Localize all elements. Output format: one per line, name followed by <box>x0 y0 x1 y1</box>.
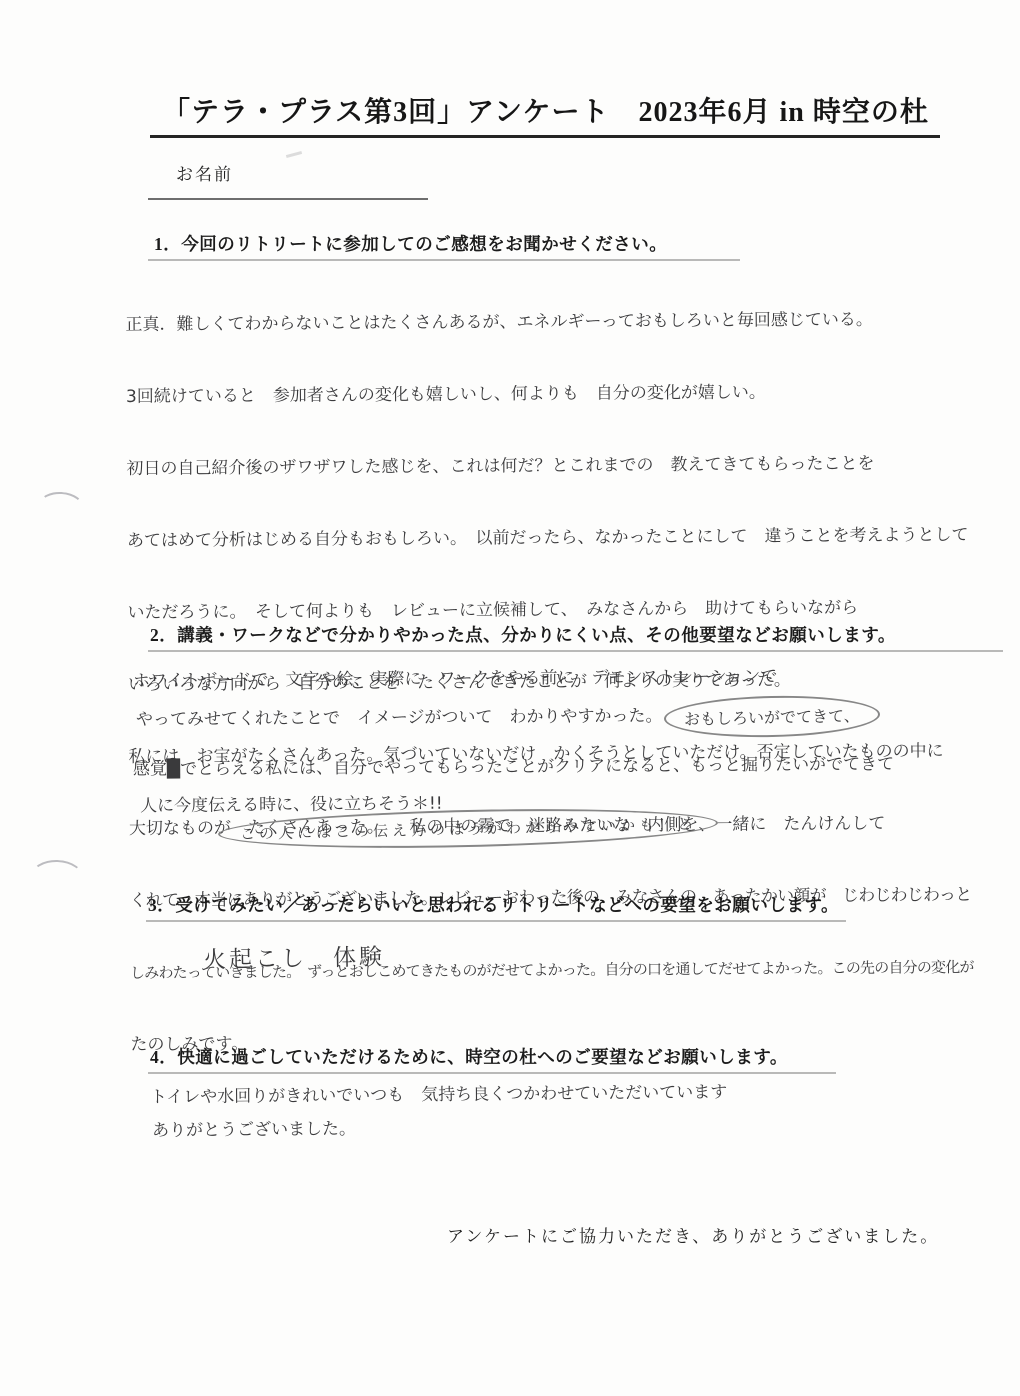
answer-line: ホワイトボードで 文字や絵、実際に ワークをやる前に デモンストレーションで <box>133 662 777 691</box>
name-field-label: お名前 <box>176 160 233 185</box>
answer-line: 感覚█でとらえる私には、自分でやってもらったことがクリアになると、もっと掘りたい… <box>133 749 894 779</box>
question-3-label: 3．受けてみたい／あったらいいと思われるリトリートなどへの要望をお願いします。 <box>148 892 839 917</box>
closing-thanks-text: アンケートにご協力いただき、ありがとうございました。 <box>447 1222 939 1247</box>
question-3-underline <box>146 920 846 922</box>
scan-smudge <box>286 151 302 158</box>
question-1-underline <box>148 259 740 261</box>
answer-line: ありがとうございました。 <box>152 1114 356 1141</box>
question-3-answer: 火起こし 体験 <box>203 938 386 974</box>
questionnaire-page: 「テラ・プラス第3回」アンケート 2023年6月 in 時空の杜 お名前 1．今… <box>0 0 1020 1396</box>
answer-line: あてはめて分析はじめる自分もおもしろい。 以前だったら、なかったことにして 違う… <box>127 519 971 557</box>
title-underline <box>150 135 940 138</box>
answer-line: 初日の自己紹介後のザワザワした感じを、これは何だ？とこれまでの 教えてきてもらっ… <box>126 447 970 485</box>
question-2-label: 2．講義・ワークなどで分かりやかった点、分かりにくい点、その他要望などお願いしま… <box>150 622 896 647</box>
punch-hole-mark <box>29 859 84 897</box>
question-1-label: 1．今回のリトリートに参加してのご感想をお聞かせください。 <box>154 231 667 256</box>
answer-line: トイレや水回りがきれいでいつも 気持ち良くつかわせていただいています <box>150 1077 727 1107</box>
form-title: 「テラ・プラス第3回」アンケート 2023年6月 in 時空の杜 <box>162 90 929 130</box>
punch-hole-mark <box>37 490 85 523</box>
answer-line: 正真．難しくてわからないことはたくさんあるが、エネルギーっておもしろいと毎回感じ… <box>125 303 969 341</box>
question-2-underline <box>148 650 1003 652</box>
question-4-underline <box>148 1072 836 1074</box>
name-field-blank-line <box>148 198 428 200</box>
question-4-label: 4．快適に過ごしていただけるために、時空の杜へのご要望などお願いします。 <box>150 1044 788 1069</box>
answer-line: 3回続けていると 参加者さんの変化も嬉しいし、何よりも 自分の変化が嬉しい。 <box>126 375 970 413</box>
answer-line: やってみせてくれたことで イメージがついて わかりやすかった。 <box>136 701 663 730</box>
